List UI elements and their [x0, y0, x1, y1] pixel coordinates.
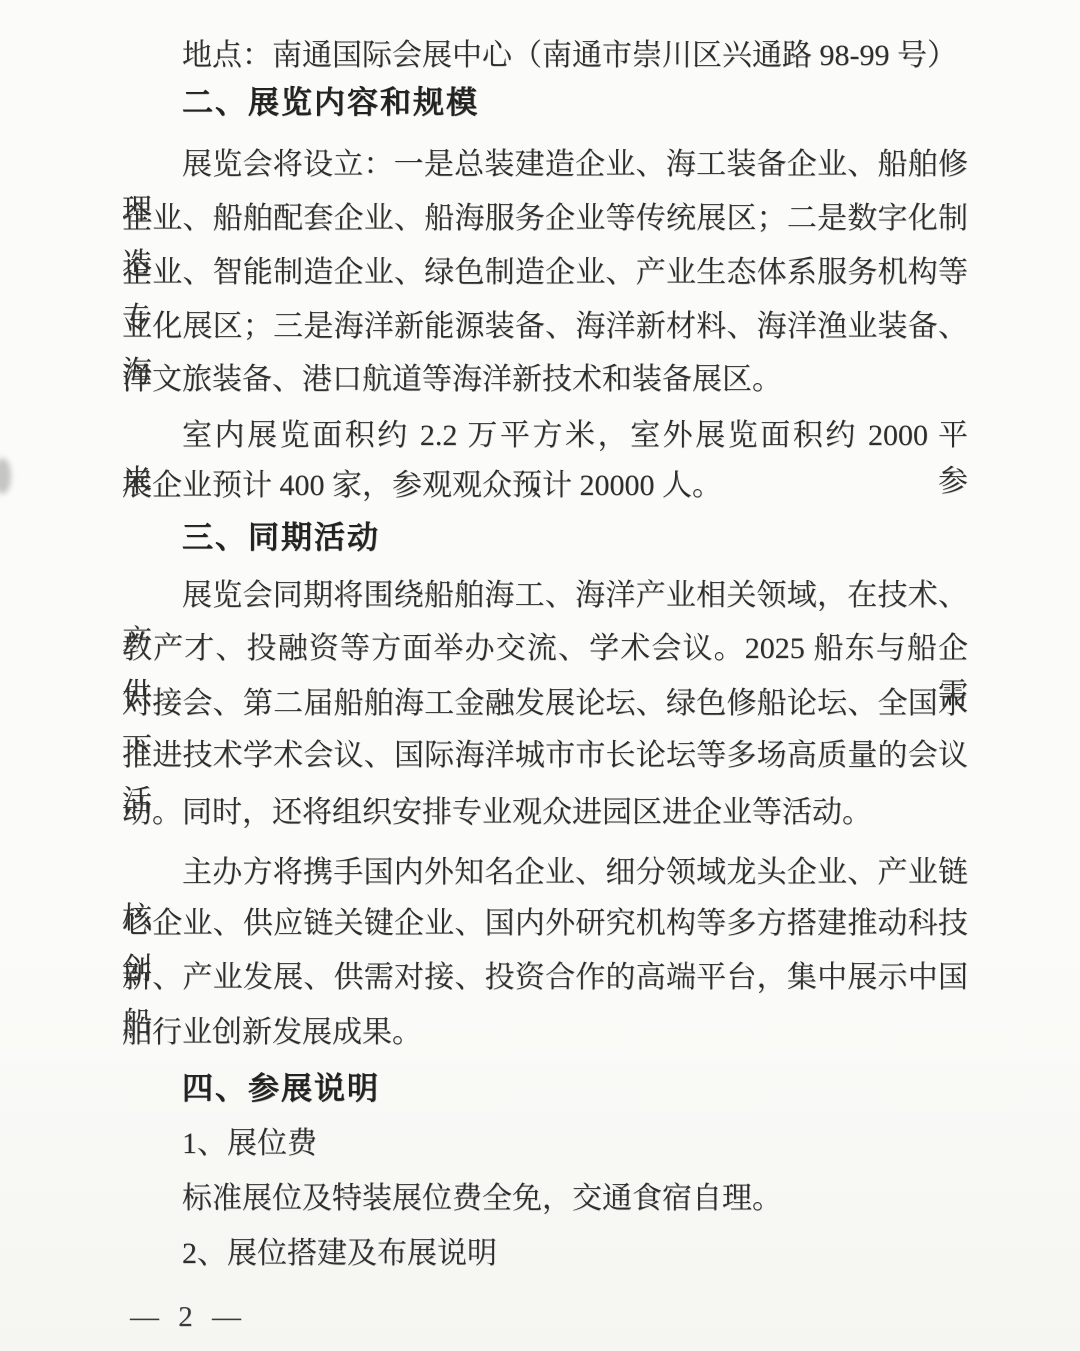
doc-line: 室内展览面积约 2.2 万平方米，室外展览面积约 2000 平米，参	[122, 413, 968, 459]
doc-line: 展览会同期将围绕船舶海工、海洋产业相关领域，在技术、产	[122, 573, 968, 619]
list-item-booth-setup: 2、展位搭建及布展说明	[122, 1231, 968, 1277]
doc-line: 洋文旅装备、港口航道等海洋新技术和装备展区。	[122, 357, 968, 403]
doc-line: 教产才、投融资等方面举办交流、学术会议。2025 船东与船企供需	[122, 626, 968, 672]
doc-line: 企业、船舶配套企业、船海服务企业等传统展区；二是数字化制造	[122, 196, 968, 242]
section-heading-4: 四、参展说明	[122, 1066, 968, 1112]
doc-line: 主办方将携手国内外知名企业、细分领域龙头企业、产业链核	[122, 850, 968, 896]
doc-line: 展企业预计 400 家，参观观众预计 20000 人。	[122, 463, 968, 509]
doc-line-booth-fee-detail: 标准展位及特装展位费全免，交通食宿自理。	[122, 1176, 968, 1222]
scan-smudge-artifact	[0, 458, 11, 494]
doc-line: 展览会将设立：一是总装建造企业、海工装备企业、船舶修理	[122, 142, 968, 188]
doc-line: 业化展区；三是海洋新能源装备、海洋新材料、海洋渔业装备、海	[122, 304, 968, 350]
section-heading-3: 三、同期活动	[122, 515, 968, 561]
doc-line: 新、产业发展、供需对接、投资合作的高端平台，集中展示中国船	[122, 955, 968, 1001]
document-page: 地点：南通国际会展中心（南通市崇川区兴通路 98-99 号） 二、展览内容和规模…	[0, 0, 1080, 1351]
list-item-booth-fee: 1、展位费	[122, 1121, 968, 1167]
page-number: — 2 —	[130, 1296, 247, 1338]
doc-line: 企业、智能制造企业、绿色制造企业、产业生态体系服务机构等专	[122, 250, 968, 296]
doc-line: 推进技术学术会议、国际海洋城市市长论坛等多场高质量的会议活	[122, 733, 968, 779]
doc-line: 舶行业创新发展成果。	[122, 1010, 968, 1056]
doc-line: 动。同时，还将组织安排专业观众进园区进企业等活动。	[122, 790, 968, 836]
doc-line: 对接会、第二届船舶海工金融发展论坛、绿色修船论坛、全国水下	[122, 681, 968, 727]
doc-line-location: 地点：南通国际会展中心（南通市崇川区兴通路 98-99 号）	[122, 33, 968, 79]
section-heading-2: 二、展览内容和规模	[122, 80, 968, 126]
doc-line: 心企业、供应链关键企业、国内外研究机构等多方搭建推动科技创	[122, 901, 968, 947]
